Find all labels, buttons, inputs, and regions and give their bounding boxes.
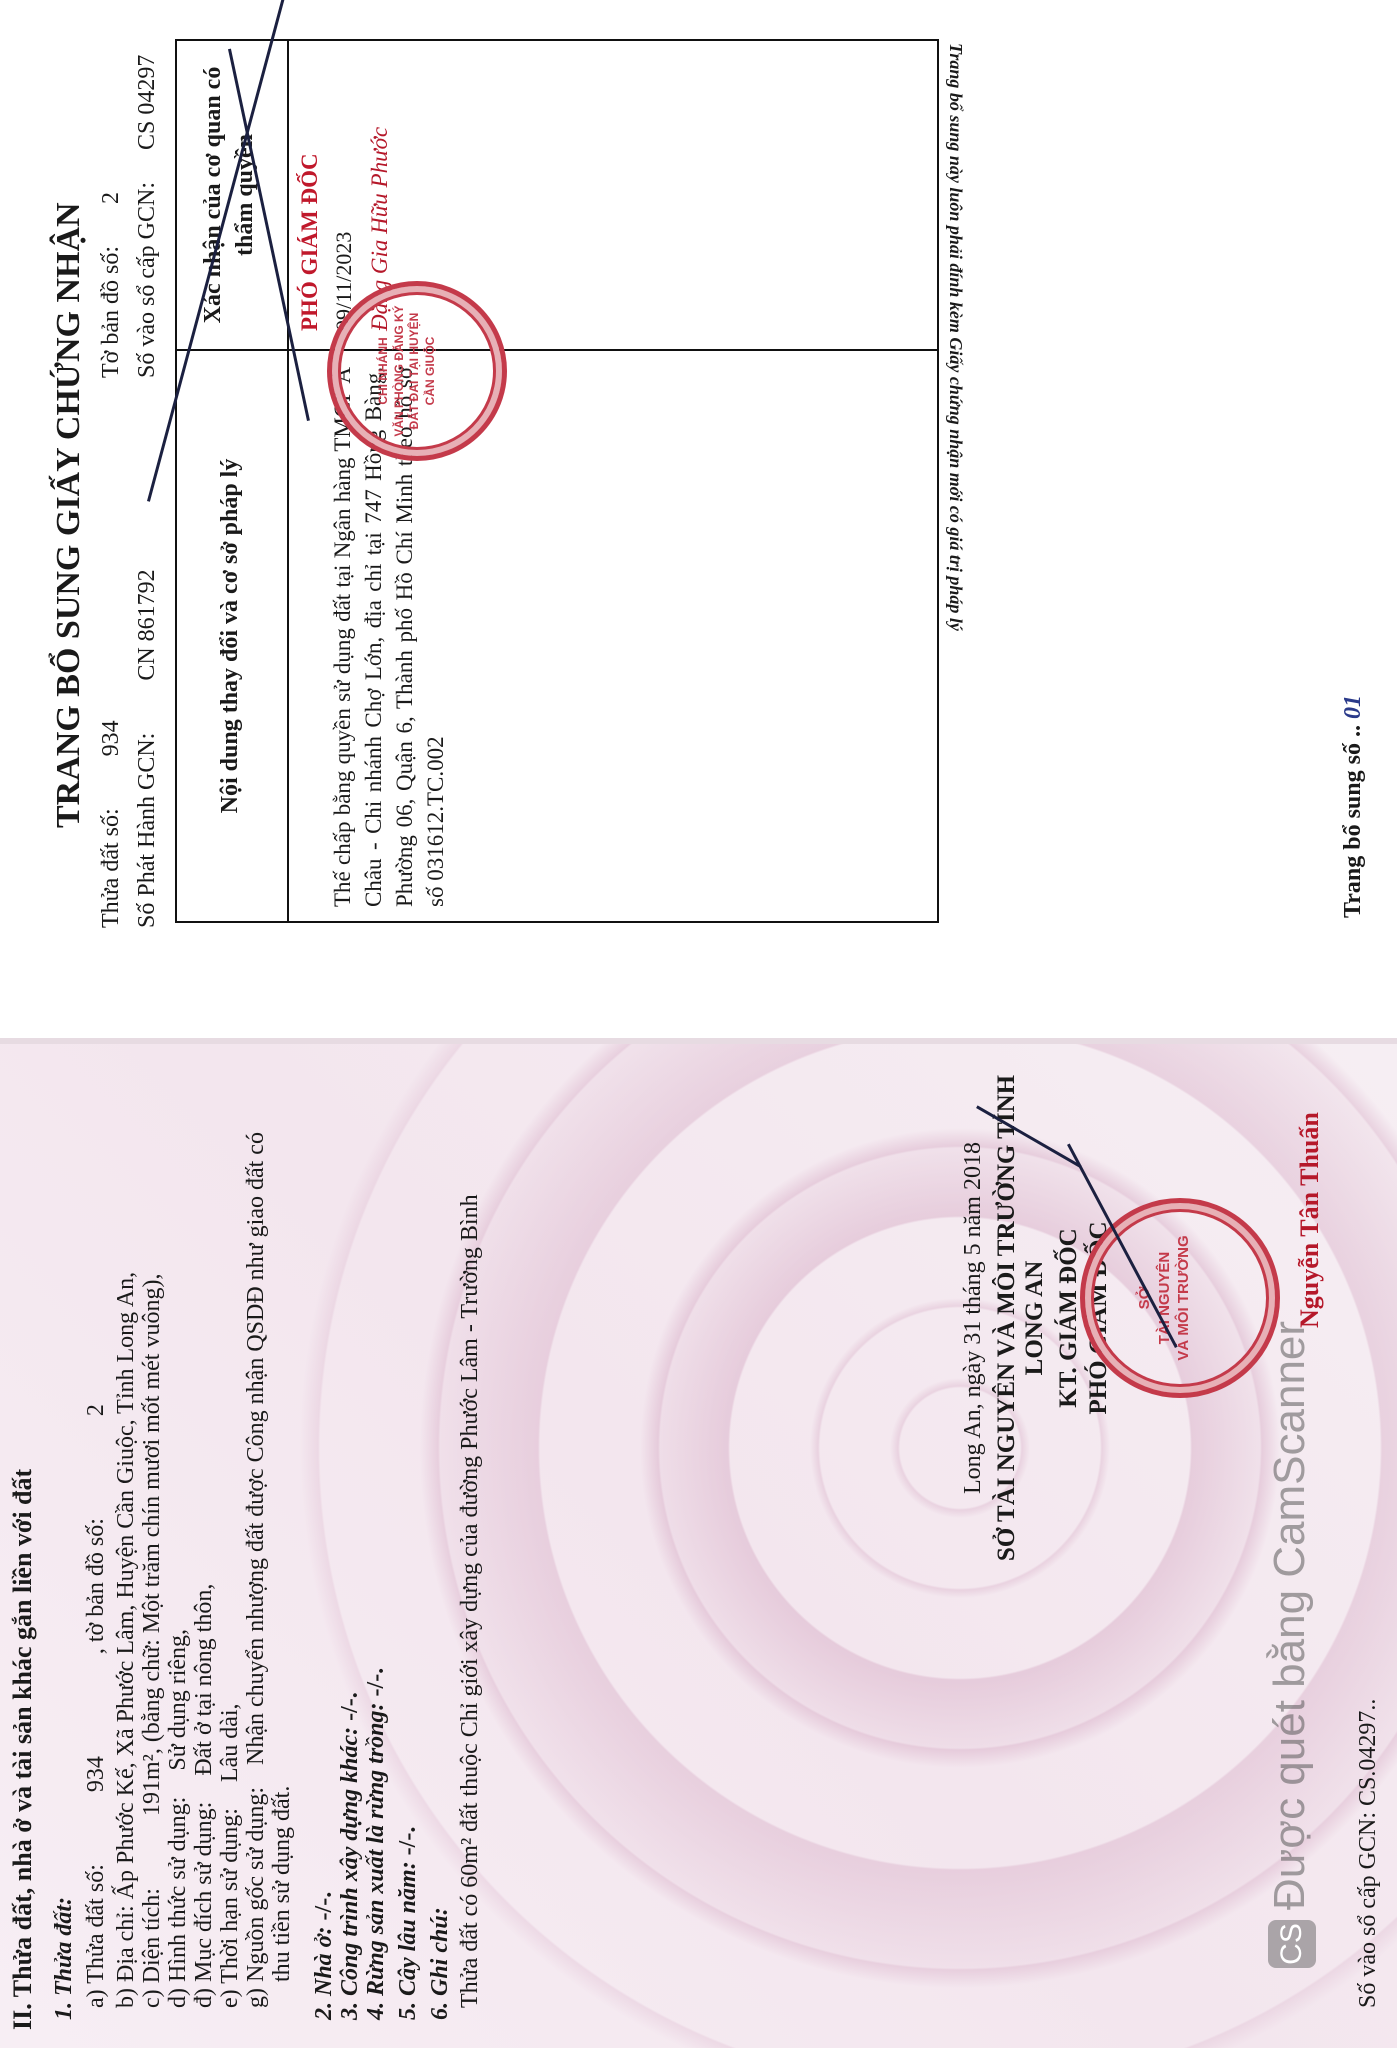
supp-map-sheet-number: 2 — [98, 192, 124, 204]
other-construction-row: 3. Công trình xây dựng khác: -/-. — [338, 1692, 362, 2020]
stamp-line: CẦN GIUỘC — [423, 286, 439, 456]
usage-form-value: Sử dụng riêng, — [165, 1629, 191, 1771]
stamp-line: TÀI NGUYÊN — [1155, 1203, 1175, 1393]
term-row: e) Thời hạn sử dụng: Lâu dài, — [218, 1703, 242, 2008]
page-number-label: Trang bổ sung số — [1340, 743, 1366, 918]
stamp-line: VÀ MÔI TRƯỜNG — [1174, 1203, 1194, 1393]
supp-issue-number: Số Phát Hành GCN: CN 861792 — [134, 569, 161, 928]
stamp-line: ĐẤT ĐAI TẠI HUYỆN — [407, 286, 423, 456]
note-label: 6. Ghi chú: — [428, 1907, 452, 2020]
address-label: b) Địa chỉ: — [113, 1905, 139, 2008]
supp-register-value: CS 04297 — [134, 55, 160, 150]
origin-row: g) Nguồn gốc sử dụng: Nhận chuyển nhượng… — [244, 1132, 268, 2008]
supp-issue-label: Số Phát Hành GCN: — [134, 733, 160, 928]
camscanner-logo-icon: CS — [1268, 1920, 1316, 1968]
map-sheet-number: 2 — [83, 1404, 109, 1416]
other-construction-label: 3. Công trình xây dựng khác: — [337, 1727, 363, 2020]
purpose-row: đ) Mục đích sử dụng: Đất ở tại nông thôn… — [192, 1584, 216, 2008]
supp-parcel: Thửa đất số: 934 — [98, 720, 125, 928]
house-row: 2. Nhà ở: -/-. — [312, 1892, 336, 2020]
origin-label: g) Nguồn gốc sử dụng: — [243, 1787, 269, 2008]
map-sheet-label: , tờ bản đồ số: — [83, 1518, 109, 1654]
page-fold — [0, 1038, 1397, 1044]
supp-register-label: Số vào sổ cấp GCN: — [134, 182, 160, 378]
certificate-page: II. Thửa đất, nhà ở và tài sản khác gắn … — [0, 1038, 1397, 2048]
purpose-value: Đất ở tại nông thôn, — [191, 1584, 217, 1776]
supplement-footer-note: Trang bổ sung này luôn phải đính kèm Giấ… — [945, 43, 966, 923]
supp-issue-value: CN 861792 — [134, 569, 160, 680]
term-label: e) Thời hạn sử dụng: — [217, 1808, 243, 2008]
address-row: b) Địa chỉ: Ấp Phước Kế, Xã Phước Lâm, H… — [114, 1272, 138, 2008]
supplement-title: TRANG BỔ SUNG GIẤY CHỨNG NHẬN — [50, 202, 88, 828]
scanned-document-rotated: II. Thửa đất, nhà ở và tài sản khác gắn … — [0, 0, 1397, 2048]
page-number-value: 01 — [1340, 695, 1366, 719]
supp-parcel-number: 934 — [98, 720, 124, 756]
house-label: 2. Nhà ở: — [311, 1926, 337, 2020]
stamp-line: VĂN PHÒNG ĐĂNG KÝ — [392, 286, 408, 456]
land-heading: 1. Thửa đất: — [52, 1897, 76, 2020]
issuer-signer-name: Nguyễn Tân Thuấn — [1295, 1112, 1325, 1328]
issuing-authority: SỞ TÀI NGUYÊN VÀ MÔI TRƯỜNG TỈNH LONG AN — [993, 1058, 1049, 1578]
supplement-page: TRANG BỔ SUNG GIẤY CHỨNG NHẬN Thửa đất s… — [0, 0, 1397, 1038]
confirm-role: PHÓ GIÁM ĐỐC — [297, 51, 323, 331]
usage-form-label: d) Hình thức sử dụng: — [165, 1797, 191, 2008]
other-construction-value: -/-. — [337, 1692, 363, 1721]
term-value: Lâu dài, — [217, 1703, 243, 1782]
planted-forest-label: 4. Rừng sản xuất là rừng trồng: — [363, 1702, 389, 2020]
supp-register-number: Số vào sổ cấp GCN: CS 04297 — [134, 55, 161, 378]
kt-director: KT. GIÁM ĐỐC — [1055, 1058, 1083, 1578]
parcel-label: a) Thửa đất số: — [83, 1864, 109, 2008]
stamp-line: CHI NHÁNH — [376, 286, 392, 456]
parcel-row: a) Thửa đất số: 934 , tờ bản đồ số: 2 — [84, 1404, 108, 2008]
section-title: II. Thửa đất, nhà ở và tài sản khác gắn … — [8, 1469, 38, 2030]
department-stamp: SỞ TÀI NGUYÊN VÀ MÔI TRƯỜNG — [1080, 1198, 1280, 1398]
planted-forest-value: -/-. — [363, 1668, 389, 1697]
supp-parcel-label: Thửa đất số: — [98, 808, 124, 928]
register-number-footer: Số vào sổ cấp GCN: CS.04297.. — [1355, 1699, 1382, 2008]
confirm-date: 09/11/2023 — [331, 51, 357, 331]
camscanner-watermark: CSĐược quét bằng CamScanner — [1265, 1321, 1316, 1968]
usage-form-row: d) Hình thức sử dụng: Sử dụng riêng, — [166, 1629, 190, 2008]
origin-value: Nhận chuyển nhượng đất được Công nhận QS… — [243, 1132, 269, 1765]
purpose-label: đ) Mục đích sử dụng: — [191, 1802, 217, 2008]
changes-table: Nội dung thay đổi và cơ sở pháp lý Xác n… — [175, 39, 939, 923]
planted-forest-row: 4. Rừng sản xuất là rừng trồng: -/-. — [364, 1668, 388, 2020]
address-value: Ấp Phước Kế, Xã Phước Lâm, Huyện Cần Giu… — [113, 1272, 139, 1900]
supplement-page-number: Trang bổ sung số .. 01 — [1340, 695, 1367, 918]
supp-map-sheet-label: Tờ bản đồ số: — [98, 246, 124, 378]
branch-office-stamp: CHI NHÁNH VĂN PHÒNG ĐĂNG KÝ ĐẤT ĐAI TẠI … — [327, 281, 507, 461]
note-text: Thửa đất có 60m² đất thuộc Chỉ giới xây … — [458, 1194, 482, 2008]
area-value: 191m², (bằng chữ: Một trăm chín mươi mốt… — [139, 1274, 165, 1817]
perennial-row: 5. Cây lâu năm: -/-. — [396, 1827, 420, 2020]
area-label: c) Diện tích: — [139, 1888, 165, 2008]
issue-date: Long An, ngày 31 tháng 5 năm 2018 — [960, 1058, 987, 1578]
perennial-value: -/-. — [395, 1827, 421, 1856]
origin-value-continued: thu tiền sử dụng đất. — [270, 1786, 294, 1982]
watermark-text: Được quét bằng CamScanner — [1265, 1321, 1314, 1910]
parcel-number: 934 — [83, 1756, 109, 1792]
house-value: -/-. — [311, 1892, 337, 1921]
col-header-changes: Nội dung thay đổi và cơ sở pháp lý — [217, 351, 244, 921]
perennial-label: 5. Cây lâu năm: — [395, 1861, 421, 2020]
supp-map-sheet: Tờ bản đồ số: 2 — [98, 192, 125, 378]
area-row: c) Diện tích: 191m², (bằng chữ: Một trăm… — [140, 1274, 164, 2008]
